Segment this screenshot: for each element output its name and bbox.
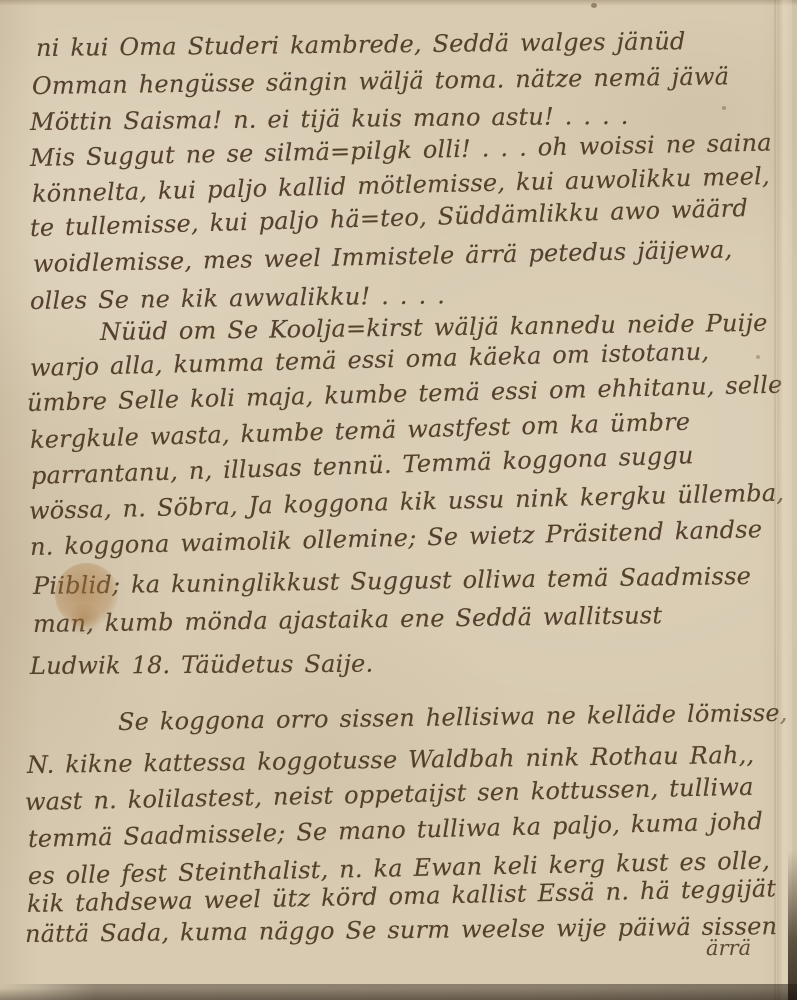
catchword: ärrä	[706, 936, 751, 960]
manuscript-line: Piiblid; ka kuninglikkust Suggust olliwa…	[33, 562, 751, 600]
page-bottom-shadow	[0, 984, 797, 1000]
paper-speck	[591, 3, 597, 8]
manuscript-line: woidlemisse, mes weel Immistele ärrä pet…	[33, 235, 733, 278]
manuscript-line: olles Se ne kik awwalikku! . . . .	[30, 281, 445, 315]
manuscript-page: ni kui Oma Studeri kambrede, Seddä walge…	[0, 0, 797, 1000]
manuscript-line: Omman hengüsse sängin wäljä toma. nätze …	[32, 62, 729, 100]
manuscript-line: temmä Saadmissele; Se mano tulliwa ka pa…	[28, 807, 764, 853]
paper-speck	[722, 106, 726, 110]
manuscript-line: ni kui Oma Studeri kambrede, Seddä walge…	[36, 27, 686, 62]
manuscript-line: nättä Sada, kuma näggo Se surm weelse wi…	[25, 912, 777, 948]
manuscript-line date-line: Ludwik 18. Täüdetus Saije.	[30, 650, 374, 680]
manuscript-line paragraph-start: Se koggona orro sissen hellisiwa ne kell…	[118, 699, 788, 736]
paper-speck	[488, 574, 493, 578]
paper-speck	[756, 355, 760, 359]
page-right-crease	[774, 0, 776, 1000]
page-right-edge-shadow	[788, 850, 797, 1000]
manuscript-line: N. kikne kattessa koggotusse Waldbah nin…	[27, 741, 755, 779]
manuscript-line: Möttin Saisma! n. ei tijä kuis mano astu…	[30, 102, 629, 136]
manuscript-line: man, kumb mönda ajastaika ene Seddä wall…	[33, 601, 663, 638]
